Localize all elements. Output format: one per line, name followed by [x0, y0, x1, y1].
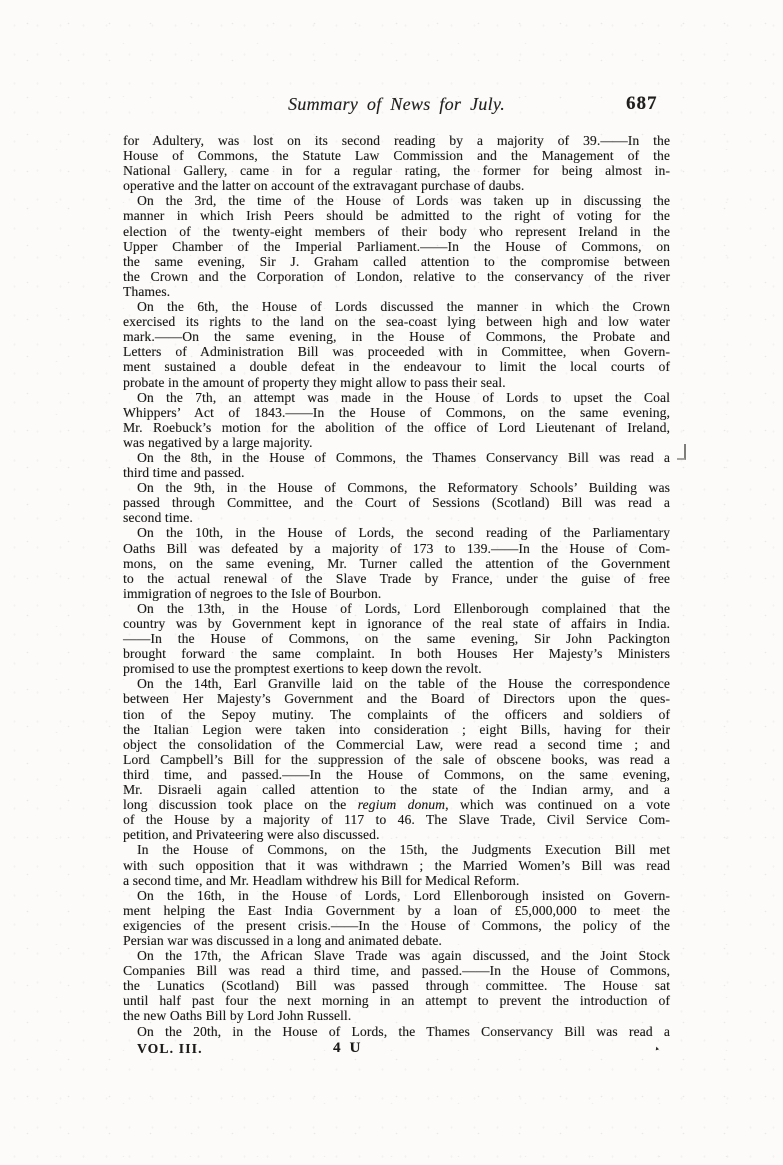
- text-line: Mr. Roebuck’s motion for the abolition o…: [123, 420, 670, 435]
- text-line: petition, and Privateering were also dis…: [123, 827, 670, 842]
- text-line: a second time, and Mr. Headlam withdrew …: [123, 873, 670, 888]
- text-line: exigencies of the present crisis.——In th…: [123, 918, 670, 933]
- text-line: National Gallery, came in for a regular …: [123, 163, 670, 178]
- text-line: long discussion took place on the regium…: [123, 797, 670, 812]
- text-line: object the consolidation of the Commerci…: [123, 737, 670, 752]
- text-line: third time, and passed.——In the House of…: [123, 767, 670, 782]
- text-line: tion of the Sepoy mutiny. The complaints…: [123, 707, 670, 722]
- text-line: Mr. Disraeli again called attention to t…: [123, 782, 670, 797]
- text-line: the Lunatics (Scotland) Bill was passed …: [123, 978, 670, 993]
- signature-number: 4: [333, 1040, 341, 1056]
- text-line: third time and passed.: [123, 465, 670, 480]
- signature-letter: U: [350, 1040, 361, 1056]
- text-line: was negatived by a large majority.: [123, 435, 670, 450]
- body-text: for Adultery, was lost on its second rea…: [123, 133, 670, 1039]
- text-line: Whippers’ Act of 1843.——In the House of …: [123, 405, 670, 420]
- text-line: between Her Majesty’s Government and the…: [123, 691, 670, 706]
- text-line: ment sustained a double defeat in the en…: [123, 359, 670, 374]
- text-line: In the House of Commons, on the 15th, th…: [123, 842, 670, 857]
- text-line: probate in the amount of property they m…: [123, 375, 670, 390]
- text-line: On the 13th, in the House of Lords, Lord…: [123, 601, 670, 616]
- text-line: immigration of negroes to the Isle of Bo…: [123, 586, 670, 601]
- text-line: House of Commons, the Statute Law Commis…: [123, 148, 670, 163]
- page-footer: VOL. III. 4U: [123, 1041, 670, 1061]
- text-line: of the House by a majority of 117 to 46.…: [123, 812, 670, 827]
- text-line: promised to use the promptest exertions …: [123, 661, 670, 676]
- text-line: On the 8th, in the House of Commons, the…: [123, 450, 670, 465]
- text-line: Lord Campbell’s Bill for the suppression…: [123, 752, 670, 767]
- text-line: On the 17th, the African Slave Trade was…: [123, 948, 670, 963]
- text-line: On the 20th, in the House of Lords, the …: [123, 1024, 670, 1039]
- text-line: to the actual renewal of the Slave Trade…: [123, 571, 670, 586]
- text-line: mark.——On the same evening, in the House…: [123, 329, 670, 344]
- text-line: brought forward the same complaint. In b…: [123, 646, 670, 661]
- text-line: with such opposition that it was withdra…: [123, 858, 670, 873]
- text-line: On the 10th, in the House of Lords, the …: [123, 525, 670, 540]
- text-line: manner in which Irish Peers should be ad…: [123, 208, 670, 223]
- text-line: On the 9th, in the House of Commons, the…: [123, 480, 670, 495]
- text-line: On the 7th, an attempt was made in the H…: [123, 390, 670, 405]
- volume-label: VOL. III.: [137, 1041, 203, 1057]
- text-line: second time.: [123, 510, 670, 525]
- text-line: the new Oaths Bill by Lord John Russell.: [123, 1008, 670, 1023]
- text-line: Persian war was discussed in a long and …: [123, 933, 670, 948]
- text-line: On the 16th, in the House of Lords, Lord…: [123, 888, 670, 903]
- text-line: until half past four the next morning in…: [123, 993, 670, 1008]
- text-line: Letters of Administration Bill was proce…: [123, 344, 670, 359]
- text-line: election of the twenty-eight members of …: [123, 224, 670, 239]
- text-line: passed through Committee, and the Court …: [123, 495, 670, 510]
- text-line: Thames.: [123, 284, 670, 299]
- text-line: the Italian Legion were taken into consi…: [123, 722, 670, 737]
- text-line: country was by Government kept in ignora…: [123, 616, 670, 631]
- text-line: ment helping the East India Government b…: [123, 903, 670, 918]
- text-line: On the 3rd, the time of the House of Lor…: [123, 193, 670, 208]
- scanned-document-page: Summary of News for July. 687 for Adulte…: [0, 0, 783, 1165]
- text-line: for Adultery, was lost on its second rea…: [123, 133, 670, 148]
- text-line: the Crown and the Corporation of London,…: [123, 269, 670, 284]
- text-line: exercised its rights to the land on the …: [123, 314, 670, 329]
- text-line: On the 6th, the House of Lords discussed…: [123, 299, 670, 314]
- text-line: Upper Chamber of the Imperial Parliament…: [123, 239, 670, 254]
- text-line: Oaths Bill was defeated by a majority of…: [123, 541, 670, 556]
- page-number: 687: [626, 93, 658, 115]
- signature-mark: 4U: [333, 1040, 360, 1057]
- text-line: On the 14th, Earl Granville laid on the …: [123, 676, 670, 691]
- text-line: ——In the House of Commons, on the same e…: [123, 631, 670, 646]
- text-line: Companies Bill was read a third time, an…: [123, 963, 670, 978]
- text-line: operative and the latter on account of t…: [123, 178, 670, 193]
- running-head-title: Summary of News for July.: [123, 94, 670, 115]
- text-line: the same evening, Sir J. Graham called a…: [123, 254, 670, 269]
- ink-smudge-margin: [677, 444, 686, 460]
- text-line: mons, on the same evening, Mr. Turner ca…: [123, 556, 670, 571]
